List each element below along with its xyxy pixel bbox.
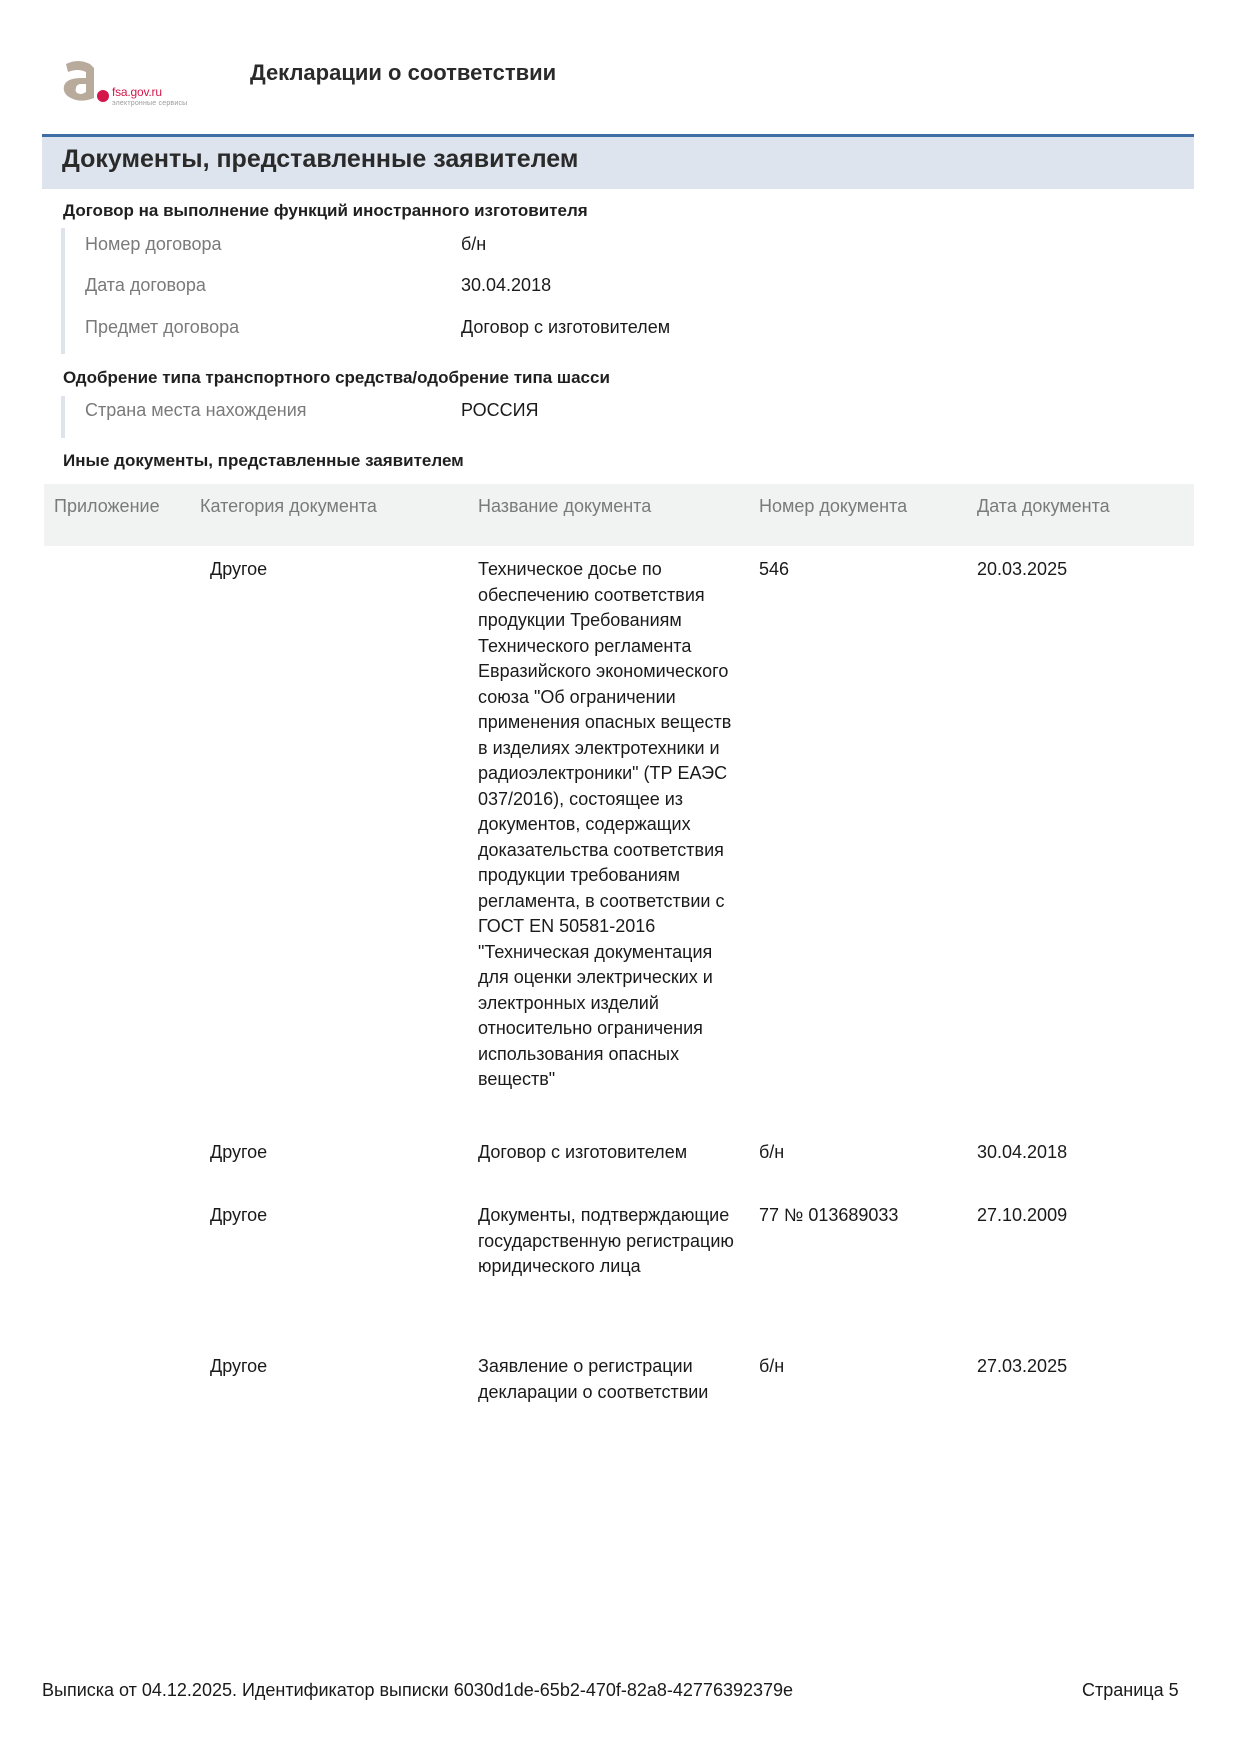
cell-number: б/н bbox=[759, 1140, 784, 1166]
column-attachment: Приложение bbox=[54, 496, 160, 517]
cell-name: Договор с изготовителем bbox=[478, 1140, 740, 1166]
approval-heading: Одобрение типа транспортного средства/од… bbox=[63, 368, 610, 388]
logo-subtitle: электронные сервисы bbox=[112, 100, 187, 107]
cell-category: Другое bbox=[210, 1140, 267, 1166]
cell-name: Заявление о регистрации декларации о соо… bbox=[478, 1354, 740, 1405]
cell-number: 77 № 013689033 bbox=[759, 1203, 898, 1229]
cell-name: Техническое досье по обеспечению соответ… bbox=[478, 557, 740, 1093]
cell-date: 27.10.2009 bbox=[977, 1203, 1067, 1229]
contract-heading: Договор на выполнение функций иностранно… bbox=[63, 201, 588, 221]
logo-domain: fsa.gov.ru bbox=[112, 85, 162, 99]
cell-category: Другое bbox=[210, 1354, 267, 1380]
page-number: Страница 5 bbox=[1082, 1680, 1179, 1701]
field-label: Предмет договора bbox=[85, 317, 239, 338]
field-label: Дата договора bbox=[85, 275, 206, 296]
page-title: Декларации о соответствии bbox=[250, 60, 556, 86]
cell-date: 27.03.2025 bbox=[977, 1354, 1067, 1380]
section-header: Документы, представленные заявителем bbox=[42, 134, 1194, 189]
cell-category: Другое bbox=[210, 557, 267, 583]
fsa-logo-icon bbox=[58, 58, 110, 104]
field-label: Страна места нахождения bbox=[85, 400, 307, 421]
column-date: Дата документа bbox=[977, 496, 1110, 517]
column-name: Название документа bbox=[478, 496, 651, 517]
field-label: Номер договора bbox=[85, 234, 222, 255]
other-docs-heading: Иные документы, представленные заявителе… bbox=[63, 451, 464, 471]
cell-date: 30.04.2018 bbox=[977, 1140, 1067, 1166]
fsa-logo: fsa.gov.ru электронные сервисы bbox=[58, 58, 208, 110]
cell-name: Документы, подтверждающие государственну… bbox=[478, 1203, 740, 1280]
field-value: РОССИЯ bbox=[461, 400, 539, 421]
documents-table-header: Приложение Категория документа Название … bbox=[44, 484, 1194, 546]
cell-number: 546 bbox=[759, 557, 789, 583]
contract-fields: Номер договора б/н Дата договора 30.04.2… bbox=[61, 228, 65, 354]
column-number: Номер документа bbox=[759, 496, 907, 517]
column-category: Категория документа bbox=[200, 496, 377, 517]
extract-id: Выписка от 04.12.2025. Идентификатор вып… bbox=[42, 1680, 793, 1701]
field-value: Договор с изготовителем bbox=[461, 317, 670, 338]
field-value: 30.04.2018 bbox=[461, 275, 551, 296]
approval-fields: Страна места нахождения РОССИЯ bbox=[61, 396, 65, 438]
cell-number: б/н bbox=[759, 1354, 784, 1380]
section-title: Документы, представленные заявителем bbox=[62, 145, 578, 174]
cell-category: Другое bbox=[210, 1203, 267, 1229]
field-value: б/н bbox=[461, 234, 486, 255]
cell-date: 20.03.2025 bbox=[977, 557, 1067, 583]
